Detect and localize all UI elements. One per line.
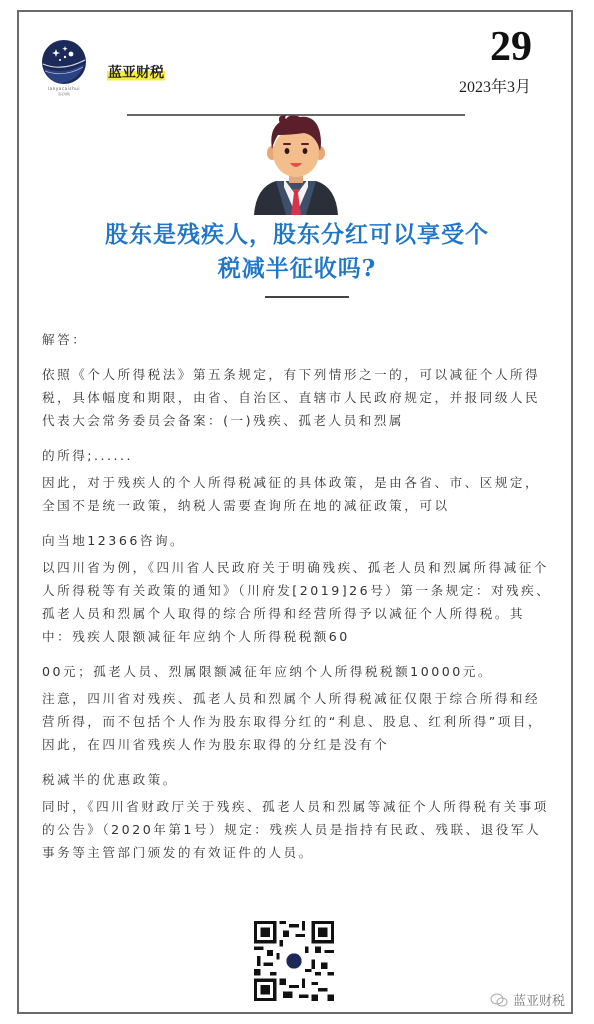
paragraph-2-main: 因此，对于残疾人的个人所得税减征的具体政策，是由各省、市、区规定，全国不是统一政… bbox=[42, 475, 540, 513]
paragraph-1-tail: 的所得;...... bbox=[42, 444, 554, 467]
businessman-avatar bbox=[250, 113, 342, 215]
logo-subcaption: 蓝亚财税 bbox=[38, 92, 90, 96]
brand-name: 蓝亚财税 bbox=[107, 62, 165, 82]
paragraph-3-tail: 00元；孤老人员、烈属限额减征年应纳个人所得税税额10000元。 bbox=[42, 660, 554, 683]
date-year-month: 2023年3月 bbox=[459, 74, 531, 97]
qr-code-icon bbox=[254, 920, 334, 1002]
paragraph-3: 以四川省为例，《四川省人民政府关于明确残疾、孤老人员和烈属所得减征个人所得税等有… bbox=[42, 556, 554, 683]
paragraph-2-tail: 向当地12366咨询。 bbox=[42, 529, 554, 552]
title-divider bbox=[265, 296, 349, 298]
paragraph-2: 因此，对于残疾人的个人所得税减征的具体政策，是由各省、市、区规定，全国不是统一政… bbox=[42, 471, 554, 552]
paragraph-1-main: 依照《个人所得税法》第五条规定，有下列情形之一的，可以减征个人所得税，具体幅度和… bbox=[42, 367, 540, 428]
logo-caption: lanyacaishui bbox=[38, 86, 90, 91]
qr-code[interactable] bbox=[254, 920, 334, 1002]
wechat-icon bbox=[490, 993, 508, 1007]
businessman-icon bbox=[250, 113, 342, 215]
title-line-2: 税减半征收吗? bbox=[40, 252, 554, 286]
article-title: 股东是残疾人，股东分红可以享受个 税减半征收吗? bbox=[40, 218, 554, 286]
date-day: 29 bbox=[490, 26, 532, 68]
answer-label: 解答： bbox=[42, 328, 554, 351]
globe-stars-icon bbox=[38, 38, 90, 86]
brand-logo: lanyacaishui 蓝亚财税 bbox=[38, 38, 90, 98]
paragraph-4: 注意，四川省对残疾、孤老人员和烈属个人所得税减征仅限于综合所得和经营所得，而不包… bbox=[42, 687, 554, 791]
wechat-watermark: 蓝亚财税 bbox=[490, 990, 565, 1009]
watermark-text: 蓝亚财税 bbox=[513, 990, 565, 1009]
title-line-1: 股东是残疾人，股东分红可以享受个 bbox=[40, 218, 554, 252]
paragraph-4-tail: 税减半的优惠政策。 bbox=[42, 768, 554, 791]
article-body: 解答： 依照《个人所得税法》第五条规定，有下列情形之一的，可以减征个人所得税，具… bbox=[42, 328, 554, 864]
paragraph-5: 同时，《四川省财政厅关于残疾、孤老人员和烈属等减征个人所得税有关事项的公告》（2… bbox=[42, 795, 554, 864]
paragraph-1: 依照《个人所得税法》第五条规定，有下列情形之一的，可以减征个人所得税，具体幅度和… bbox=[42, 363, 554, 467]
paragraph-3-main: 以四川省为例，《四川省人民政府关于明确残疾、孤老人员和烈属所得减征个人所得税等有… bbox=[42, 560, 551, 644]
paragraph-4-main: 注意，四川省对残疾、孤老人员和烈属个人所得税减征仅限于综合所得和经营所得，而不包… bbox=[42, 691, 543, 752]
